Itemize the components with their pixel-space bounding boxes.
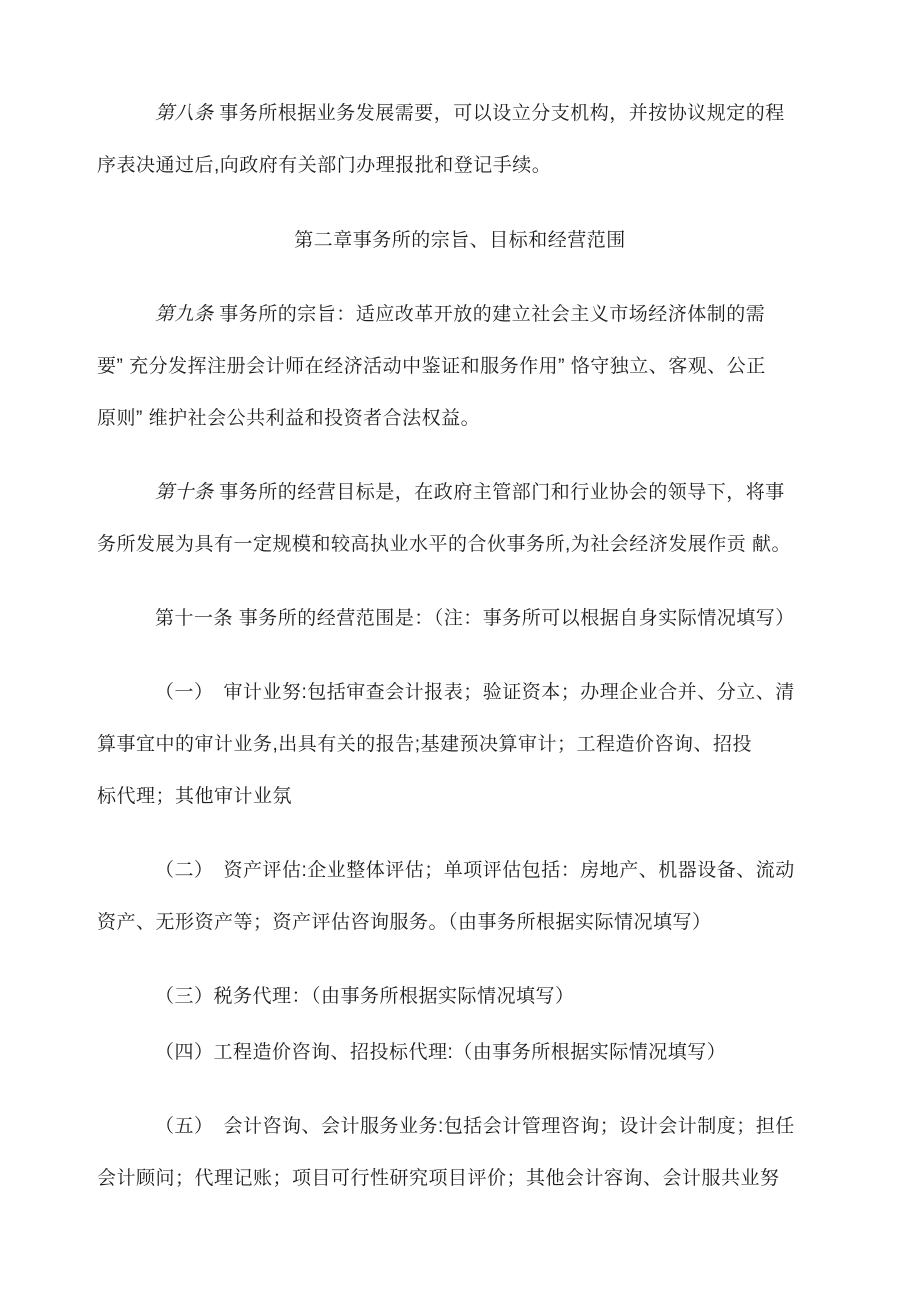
article-9-paragraph: 第九条 事务所的宗旨：适应改革开放的建立社会主义市场经济体制的需 要” 充分发挥… xyxy=(97,289,823,445)
document-page: 第八条 事务所根据业务发展需要，可以设立分支机构，并按协议规定的程 序表决通过后… xyxy=(0,0,920,1301)
article-8-paragraph: 第八条 事务所根据业务发展需要，可以设立分支机构，并按协议规定的程 序表决通过后… xyxy=(97,88,823,192)
article-9-number: 第九条 xyxy=(155,304,214,325)
scope-item-4-paragraph: （四）工程造价咨询、招投标代理:（由事务所根据实际情况填写） xyxy=(97,1027,823,1079)
chapter-2-heading: 第二章事务所的宗旨、目标和经营范围 xyxy=(97,215,823,267)
scope-item-2-paragraph: （二） 资产评估:企业整体评估；单项评估包括：房地产、机器设备、流动 资产、无形… xyxy=(97,845,823,949)
article-10-paragraph: 第十条 事务所的经营目标是，在政府主管部门和行业协会的领导下，将事 务所发展为具… xyxy=(97,467,823,571)
article-11-paragraph: 第十一条 事务所的经营范围是：（注：事务所可以根据自身实际情况填写） xyxy=(97,593,823,645)
scope-item-1-paragraph: （一） 审计业努:包括审查会计报表；验证资本；办理企业合并、分立、清 算事宜中的… xyxy=(97,667,823,823)
scope-item-5-paragraph: （五） 会计咨询、会计服务业务:包括会计管理咨询；设计会计制度；担任 会计顾问；… xyxy=(97,1101,823,1205)
article-10-number: 第十条 xyxy=(155,482,214,503)
article-8-number: 第八条 xyxy=(155,103,214,124)
scope-item-3-paragraph: （三）税务代理：（由事务所根据实际情况填写） xyxy=(97,971,823,1023)
